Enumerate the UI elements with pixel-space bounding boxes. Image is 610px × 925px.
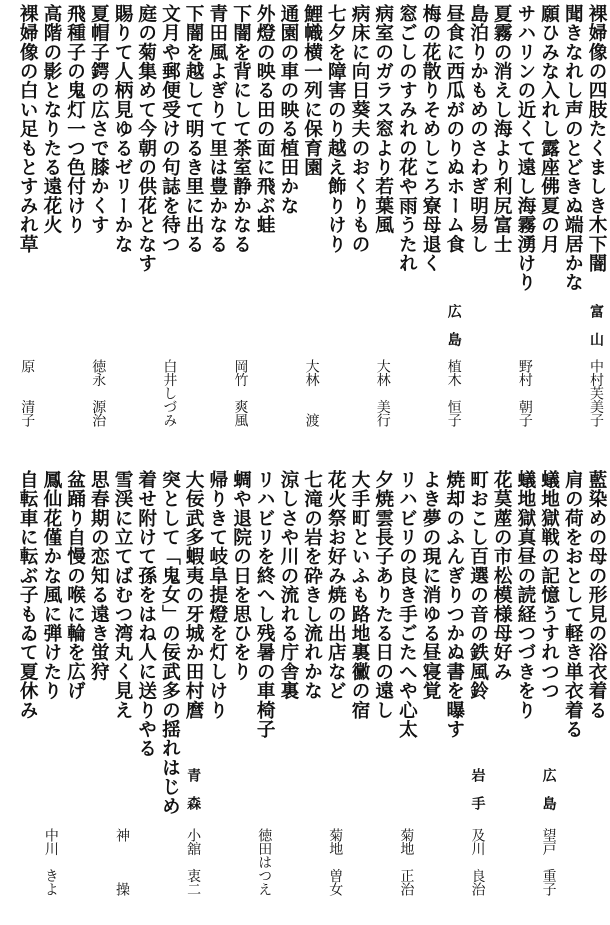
haiku-column: 着せ附けて孫をはね人に送りやる — [135, 470, 157, 925]
haiku-text: 町おこし百選の音の鉄風鈴 — [467, 470, 489, 700]
haiku-block-bottom: 藍染めの母の形見の浴衣着る肩の荷をおとして軽き単衣着る蟻地獄戦の記憶うすれつつ広… — [0, 470, 610, 920]
haiku-column: 通園の車の映る植田かな — [277, 4, 299, 464]
haiku-column: 夏霧の消えし海より利尻富士 — [490, 4, 512, 464]
haiku-column: 焼却のふんぎりつかぬ書を曝す — [443, 470, 465, 925]
author-name: 植木 恒子 — [446, 359, 462, 427]
haiku-text: サハリンの近くて遠し海霧湧けり — [514, 4, 536, 292]
haiku-text: 飛種子の鬼灯一つ色付けり — [64, 4, 86, 234]
haiku-column: 高階の影となりたる遠花火 — [40, 4, 62, 464]
haiku-column: 下闇を背にして茶室静かなる岡竹 爽風 — [230, 4, 252, 464]
author-name: 野村 朝子 — [517, 359, 533, 427]
haiku-text: 藍染めの母の形見の浴衣着る — [585, 470, 607, 720]
haiku-text: 大手町といふも路地裏黴の宿 — [348, 470, 370, 720]
haiku-column: 願ひみな入れし露座佛夏の月 — [538, 4, 560, 464]
haiku-text: 文月や郵便受けの句誌を待つ — [158, 4, 180, 254]
haiku-text: 外燈の映る田の面に飛ぶ蛙 — [253, 4, 275, 234]
haiku-column: 賜りて人柄見ゆるゼリーかな — [111, 4, 133, 464]
haiku-column: 飛種子の鬼灯一つ色付けり — [64, 4, 86, 464]
author-name: 菊地 曽女 — [327, 828, 343, 896]
haiku-text: 涼しさや川の流れる庁舎裏 — [277, 470, 299, 700]
haiku-text: 蜩や退院の日を思ひをり — [230, 470, 252, 681]
haiku-text: 夏霧の消えし海より利尻富士 — [490, 4, 512, 254]
haiku-text: 下闇を背にして茶室静かなる — [230, 4, 252, 254]
haiku-column: 窓ごしのすみれの花や雨うたれ — [395, 4, 417, 464]
haiku-text: 蟻地獄戦の記憶うすれつつ — [538, 470, 560, 700]
haiku-column: 七滝の岩を砕きし流れかな — [301, 470, 323, 925]
haiku-column: 突として「鬼女」の佞武多の揺れはじめ — [158, 470, 180, 925]
haiku-text: 花茣蓙の市松模様母好み — [490, 470, 512, 681]
haiku-text: 着せ附けて孫をはね人に送りやる — [135, 470, 157, 758]
author-location: 岩 手 — [470, 768, 486, 810]
haiku-text: 夕焼雲長子ありたる日の遠し — [372, 470, 394, 720]
haiku-column: 青田風よぎりて里は豊かなる — [206, 4, 228, 464]
haiku-column: 思春期の恋知る遠き蛍狩 — [87, 470, 109, 925]
haiku-column: 蟻地獄戦の記憶うすれつつ広 島望戸 重子 — [538, 470, 560, 925]
haiku-column: 夕焼雲長子ありたる日の遠し — [372, 470, 394, 925]
haiku-text: リハビリを終へし残暑の車椅子 — [253, 470, 275, 739]
haiku-column: リハビリを終へし残暑の車椅子徳田はつえ — [253, 470, 275, 925]
haiku-column: 大佞武多蝦夷の牙城か田村麿青 森小舘 衷二 — [182, 470, 204, 925]
author-name: 及川 良治 — [470, 828, 486, 896]
haiku-column: 花火祭お好み焼の出店など菊地 曽女 — [324, 470, 346, 925]
author-name: 菊地 正治 — [398, 828, 414, 896]
author-location: 広 島 — [446, 304, 462, 346]
haiku-text: 帰りきて岐阜提燈を灯しけり — [206, 470, 228, 720]
haiku-column: 雪渓に立てばむつ湾丸く見え神 操 — [111, 470, 133, 925]
haiku-column: 昼食に西瓜がのりぬホーム食広 島植木 恒子 — [443, 4, 465, 464]
haiku-text: 思春期の恋知る遠き蛍狩 — [87, 470, 109, 681]
author-location: 富 山 — [588, 304, 604, 346]
haiku-text: 聞きなれし声のとどきぬ端居かな — [561, 4, 583, 292]
haiku-text: 七夕を障害のり越え飾りけり — [324, 4, 346, 254]
haiku-text: 病床に向日葵夫のおくりもの — [348, 4, 370, 254]
haiku-text: 蟻地獄真昼の読経つづきをり — [514, 470, 536, 720]
haiku-column: 盆踊り自慢の喉に輪を広げ — [64, 470, 86, 925]
author-name: 小舘 衷二 — [185, 828, 201, 896]
haiku-column: 七夕を障害のり越え飾りけり — [324, 4, 346, 464]
author-name: 白井しづみ — [161, 359, 177, 427]
haiku-column: 庭の菊集めて今朝の供花となす — [135, 4, 157, 464]
haiku-column: 大手町といふも路地裏黴の宿 — [348, 470, 370, 925]
haiku-text: 賜りて人柄見ゆるゼリーかな — [111, 4, 133, 254]
haiku-column: 梅の花散りそめしころ寮母退く — [419, 4, 441, 464]
haiku-column: 町おこし百選の音の鉄風鈴岩 手及川 良治 — [467, 470, 489, 925]
haiku-text: 裸婦像の四肢たくましき木下闇 — [585, 4, 607, 273]
haiku-block-top: 裸婦像の四肢たくましき木下闇富 山中村芙美子聞きなれし声のとどきぬ端居かな願ひみ… — [0, 4, 610, 464]
author-name: 望戸 重子 — [541, 828, 557, 896]
haiku-column: 外燈の映る田の面に飛ぶ蛙 — [253, 4, 275, 464]
author-name: 中村芙美子 — [588, 359, 604, 427]
haiku-text: 願ひみな入れし露座佛夏の月 — [538, 4, 560, 254]
haiku-column: 病床に向日葵夫のおくりもの — [348, 4, 370, 464]
haiku-text: 通園の車の映る植田かな — [277, 4, 299, 215]
haiku-column: 鯉幟横一列に保育園大林 渡 — [301, 4, 323, 464]
haiku-column: 蜩や退院の日を思ひをり — [230, 470, 252, 925]
haiku-text: 下闇を越して明るき里に出る — [182, 4, 204, 254]
haiku-text: よき夢の現に消ゆる昼寝覚 — [419, 470, 441, 700]
haiku-column: リハビリの良き手ごたへや心太菊地 正治 — [395, 470, 417, 925]
haiku-text: リハビリの良き手ごたへや心太 — [395, 470, 417, 739]
haiku-text: 花火祭お好み焼の出店など — [324, 470, 346, 700]
author-name: 原 清子 — [19, 359, 35, 427]
haiku-text: 焼却のふんぎりつかぬ書を曝す — [443, 470, 465, 739]
haiku-column: 鳳仙花僅かな風に弾けたり中川 きよ — [40, 470, 62, 925]
author-name: 神 操 — [114, 828, 130, 896]
haiku-column: 蟻地獄真昼の読経つづきをり — [514, 470, 536, 925]
haiku-text: 七滝の岩を砕きし流れかな — [301, 470, 323, 700]
haiku-text: 島泊りかもめのさわぎ明易し — [467, 4, 489, 254]
haiku-text: 高階の影となりたる遠花火 — [40, 4, 62, 234]
haiku-text: 昼食に西瓜がのりぬホーム食 — [443, 4, 465, 254]
haiku-text: 梅の花散りそめしころ寮母退く — [419, 4, 441, 273]
haiku-column: 夏帽子鍔の広さで膝かくす徳永 源治 — [87, 4, 109, 464]
haiku-text: 突として「鬼女」の佞武多の揺れはじめ — [158, 470, 180, 816]
haiku-column: 病室のガラス窓より若葉風大林 美行 — [372, 4, 394, 464]
haiku-column: 島泊りかもめのさわぎ明易し — [467, 4, 489, 464]
haiku-text: 窓ごしのすみれの花や雨うたれ — [395, 4, 417, 273]
haiku-column: 文月や郵便受けの句誌を待つ白井しづみ — [158, 4, 180, 464]
haiku-text: 庭の菊集めて今朝の供花となす — [135, 4, 157, 273]
author-name: 徳永 源治 — [90, 359, 106, 427]
haiku-column: 肩の荷をおとして軽き単衣着る — [561, 470, 583, 925]
haiku-text: 鯉幟横一列に保育園 — [301, 4, 323, 177]
haiku-text: 夏帽子鍔の広さで膝かくす — [87, 4, 109, 234]
haiku-column: 自転車に転ぶ子もゐて夏休み — [16, 470, 38, 925]
author-name: 岡竹 爽風 — [233, 359, 249, 427]
haiku-column: 下闇を越して明るき里に出る — [182, 4, 204, 464]
haiku-text: 自転車に転ぶ子もゐて夏休み — [16, 470, 38, 720]
author-name: 大林 渡 — [304, 359, 320, 427]
author-name: 中川 きよ — [43, 828, 59, 896]
haiku-column: 裸婦像の白い足もとすみれ草原 清子 — [16, 4, 38, 464]
author-location: 広 島 — [541, 768, 557, 810]
haiku-column: 帰りきて岐阜提燈を灯しけり — [206, 470, 228, 925]
haiku-column: 花茣蓙の市松模様母好み — [490, 470, 512, 925]
haiku-text: 雪渓に立てばむつ湾丸く見え — [111, 470, 133, 720]
author-location: 青 森 — [185, 768, 201, 810]
author-name: 徳田はつえ — [256, 828, 272, 896]
haiku-column: 涼しさや川の流れる庁舎裏 — [277, 470, 299, 925]
haiku-text: 裸婦像の白い足もとすみれ草 — [16, 4, 38, 254]
haiku-text: 鳳仙花僅かな風に弾けたり — [40, 470, 62, 700]
haiku-text: 盆踊り自慢の喉に輪を広げ — [64, 470, 86, 700]
haiku-column: 藍染めの母の形見の浴衣着る — [585, 470, 607, 925]
haiku-column: 裸婦像の四肢たくましき木下闇富 山中村芙美子 — [585, 4, 607, 464]
haiku-column: 聞きなれし声のとどきぬ端居かな — [561, 4, 583, 464]
haiku-text: 青田風よぎりて里は豊かなる — [206, 4, 228, 254]
haiku-text: 大佞武多蝦夷の牙城か田村麿 — [182, 470, 204, 720]
haiku-column: サハリンの近くて遠し海霧湧けり野村 朝子 — [514, 4, 536, 464]
haiku-column: よき夢の現に消ゆる昼寝覚 — [419, 470, 441, 925]
haiku-text: 肩の荷をおとして軽き単衣着る — [561, 470, 583, 739]
haiku-text: 病室のガラス窓より若葉風 — [372, 4, 394, 234]
author-name: 大林 美行 — [375, 359, 391, 427]
